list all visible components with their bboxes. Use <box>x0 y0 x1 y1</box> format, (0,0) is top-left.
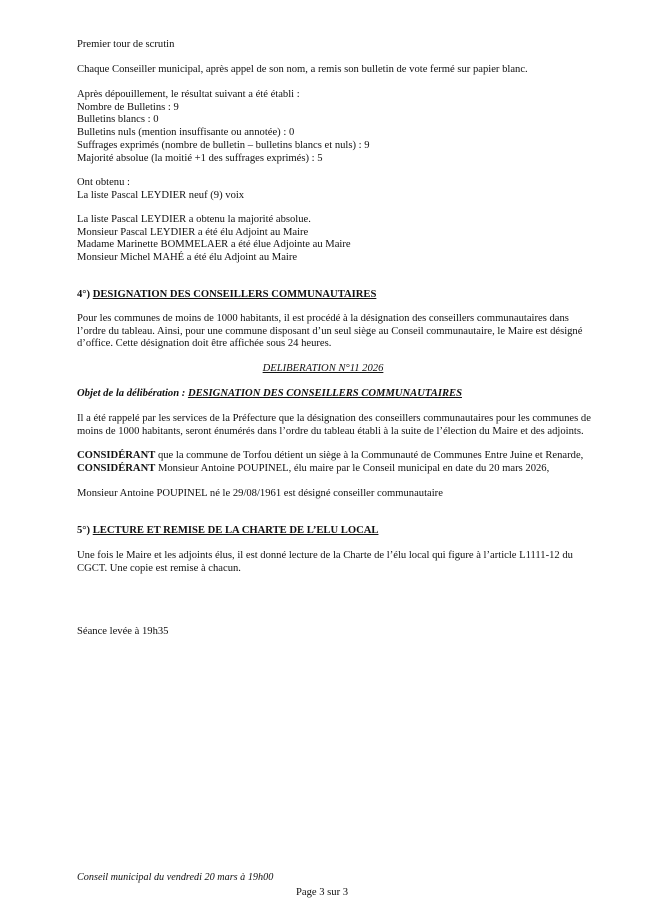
section5-heading: 5°) LECTURE ET REMISE DE LA CHARTE DE L’… <box>77 525 378 538</box>
considerant-line: CONSIDÉRANT Monsieur Antoine POUPINEL, é… <box>77 463 549 476</box>
section4-number: 4°) <box>77 289 93 300</box>
result-intro: Après dépouillement, le résultat suivant… <box>77 89 300 102</box>
footer-page-number: Page 3 sur 3 <box>296 887 348 898</box>
section5-body-line: CGCT. Une copie est remise à chacun. <box>77 563 241 576</box>
obtained-value: La liste Pascal LEYDIER neuf (9) voix <box>77 190 244 203</box>
outcome-line: La liste Pascal LEYDIER a obtenu la majo… <box>77 214 311 227</box>
result-line: Bulletins blancs : 0 <box>77 114 159 127</box>
section5-title: LECTURE ET REMISE DE LA CHARTE DE L’ELU … <box>93 525 379 536</box>
scrutin-intro: Chaque Conseiller municipal, après appel… <box>77 64 528 77</box>
result-line: Nombre de Bulletins : 9 <box>77 102 179 115</box>
object-title: DESIGNATION DES CONSEILLERS COMMUNAUTAIR… <box>188 388 462 399</box>
section5-body-line: Une fois le Maire et les adjoints élus, … <box>77 550 573 563</box>
section4-body-line: Pour les communes de moins de 1000 habit… <box>77 313 569 326</box>
outcome-line: Madame Marinette BOMMELAER a été élue Ad… <box>77 239 351 252</box>
footer-meeting: Conseil municipal du vendredi 20 mars à … <box>77 872 273 883</box>
recall-line: moins de 1000 habitants, seront énumérés… <box>77 426 584 439</box>
decision-line: Monsieur Antoine POUPINEL né le 29/08/19… <box>77 488 443 501</box>
document-page: Premier tour de scrutin Chaque Conseille… <box>0 0 646 913</box>
result-line: Bulletins nuls (mention insuffisante ou … <box>77 127 294 140</box>
recall-line: Il a été rappelé par les services de la … <box>77 413 591 426</box>
considerant-text: que la commune de Torfou détient un sièg… <box>155 450 583 461</box>
section4-body-line: d’office. Cette désignation doit être af… <box>77 338 331 351</box>
deliberation-number-text: DELIBERATION N°11 2026 <box>263 363 384 374</box>
result-line: Majorité absolue (la moitié +1 des suffr… <box>77 153 323 166</box>
deliberation-object: Objet de la délibération : DESIGNATION D… <box>77 388 462 401</box>
considerant-keyword: CONSIDÉRANT <box>77 463 155 474</box>
closing-line: Séance levée à 19h35 <box>77 626 168 639</box>
obtained-label: Ont obtenu : <box>77 177 130 190</box>
outcome-line: Monsieur Michel MAHÉ a été élu Adjoint a… <box>77 252 297 265</box>
deliberation-number: DELIBERATION N°11 2026 <box>0 363 646 376</box>
considerant-keyword: CONSIDÉRANT <box>77 450 155 461</box>
considerant-text: Monsieur Antoine POUPINEL, élu maire par… <box>155 463 549 474</box>
section4-title: DESIGNATION DES CONSEILLERS COMMUNAUTAIR… <box>93 289 377 300</box>
considerant-line: CONSIDÉRANT que la commune de Torfou dét… <box>77 450 583 463</box>
object-label: Objet de la délibération : <box>77 388 188 399</box>
section5-number: 5°) <box>77 525 93 536</box>
outcome-line: Monsieur Pascal LEYDIER a été élu Adjoin… <box>77 227 308 240</box>
result-line: Suffrages exprimés (nombre de bulletin –… <box>77 140 370 153</box>
section4-heading: 4°) DESIGNATION DES CONSEILLERS COMMUNAU… <box>77 289 376 302</box>
section4-body-line: l’ordre du tableau. Ainsi, pour une comm… <box>77 326 582 339</box>
scrutin-title: Premier tour de scrutin <box>77 39 174 52</box>
